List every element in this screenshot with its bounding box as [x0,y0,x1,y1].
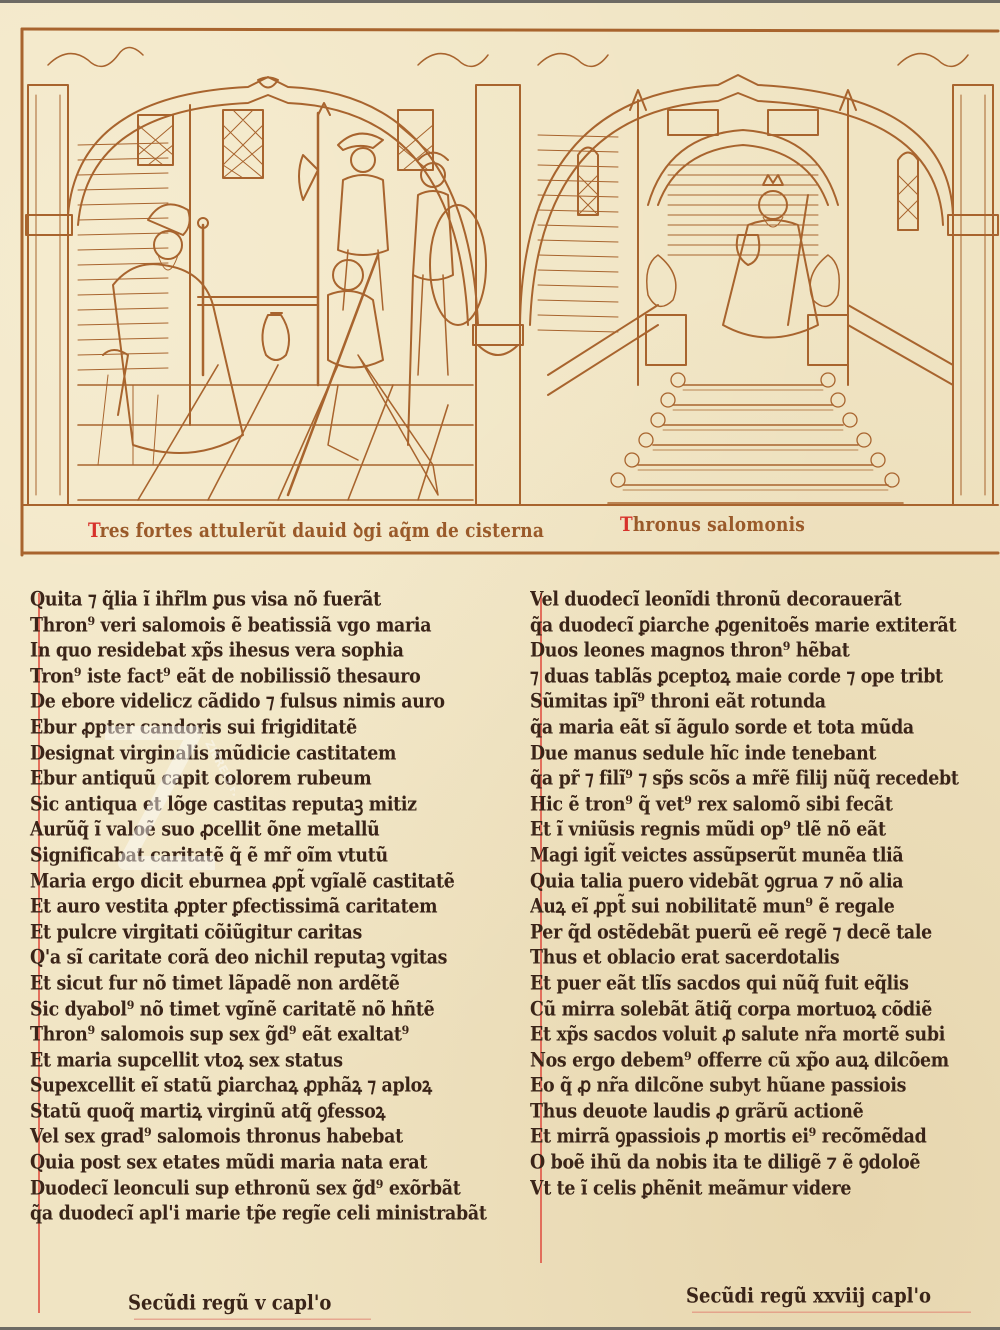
text-line: Quia talia puero videbãt ꝯgrua ⁊ nõ alia [530,868,1000,897]
text-line: Eo q̃ ꝓ nr̃a dilcõne subyt hũane passioi… [530,1073,1000,1102]
text-line: Ebur antiquũ capit colorem rubeum [30,766,510,795]
text-line: Et mirrã ꝯpassiois ꝓ mortis ei⁹ recõmẽda… [530,1124,1000,1153]
left-panel-art [26,48,523,506]
chapter-reference-text: Secũdi regũ xxviij capl'o [686,1285,931,1309]
text-line: De ebore videlicz cãdido ⁊ fulsus nimis … [30,689,510,718]
text-line: O boẽ ihũ da nobis ita te diligẽ ⁊ ẽ ꝯdo… [530,1150,1000,1179]
text-column-left: Quita ⁊ q̃lia ĩ ihr̃lm ꝑus visa nõ fuerã… [30,588,510,1228]
rubricated-initial: T [620,514,633,537]
text-line: Et ĩ vniũsis regnis mũdi op⁹ tlẽ nõ eãt [530,817,1000,846]
text-line: Q'a sĩ caritate corã deo nichil reputaꝫ … [30,945,510,974]
text-column-right: Vel duodecĩ leonĩdi thronũ decorauerãt q… [530,588,1000,1202]
text-line: Supexcellit eĩ statũ ꝑiarchaꝝ ꝓphãꝝ ⁊ ap… [30,1073,510,1102]
text-line: q̃a maria eãt sĩ ãgulo sorde et tota mũd… [530,714,1000,743]
manuscript-page: Tres fortes attulerũt dauid ꝺgi aq̃m de … [0,0,1000,1330]
text-line: Maria ergo dicit eburnea ꝓpt̃ vgĩalẽ cas… [30,868,510,897]
caption-text: res fortes attulerũt dauid ꝺgi aq̃m de c… [100,520,544,543]
text-line: Quita ⁊ q̃lia ĩ ihr̃lm ꝑus visa nõ fuerã… [30,586,510,615]
text-line: Thron⁹ salomois sup sex g̃d⁹ eãt exaltat… [30,1022,510,1051]
text-line: Vel duodecĩ leonĩdi thronũ decorauerãt [530,588,1000,615]
text-line: Sũmitas ipĩ⁹ throni eãt rotunda [530,689,1000,718]
text-line: Magi igit̃ veictes assũpserũt munẽa tliã [530,842,1000,871]
text-line: Thus et oblacio erat sacerdotalis [530,945,1000,974]
text-line: Cũ mirra solebãt ãtiq̃ corpa mortuoꝝ cõd… [530,996,1000,1025]
rubricated-initial: T [88,520,100,543]
text-line: Aurũq̃ ĩ valoẽ suo ꝓcellit õne metallũ [30,817,510,846]
text-line: Vel sex grad⁹ salomois thronus habebat [30,1124,510,1153]
text-line: q̃a pr̃ ⁊ filĩ⁹ ⁊ sp̃s scõs a mr̃ẽ filij… [530,766,1000,795]
rubric-underline [692,1311,971,1313]
text-line: Significabat caritatẽ q̃ ẽ mr̃ oĩm vtutũ [30,842,510,871]
text-line: Et auro vestita ꝓpter ꝑfectissimã carita… [30,894,510,923]
text-line: Et sicut fur nõ timet lãpadẽ non ardẽtẽ [30,970,510,999]
text-line: Designat virginalis mũdicie castitatem [30,740,510,769]
text-line: Et puer eãt tlĩs sacdos qui nũq̃ fuit eq… [530,970,1000,999]
text-line: q̃a duodecĩ ꝑiarche ꝓgenitoẽs marie exti… [530,612,1000,641]
text-line: Duos leones magnos thron⁹ hẽbat [530,638,1000,667]
woodcut-illustration [18,25,1000,560]
right-panel-art [520,54,998,505]
illustration-caption-left: Tres fortes attulerũt dauid ꝺgi aq̃m de … [88,516,544,542]
text-line: Thron⁹ veri salomois ẽ beatissiã vgo mar… [30,612,510,641]
text-line: Ebur ꝓpter candoris sui frigiditatẽ [30,714,510,743]
text-line: Vt te ĩ celis ꝑhẽnit meãmur videre [530,1175,1000,1202]
text-line: Due manus sedule hĩc inde tenebant [530,740,1000,769]
chapter-reference-text: Secũdi regũ v capl'o [128,1292,331,1316]
text-line: Quia post sex etates mũdi maria nata era… [30,1150,510,1179]
text-line: In quo residebat xp̃s ihesus vera sophia [30,638,510,667]
chapter-reference-right: Secũdi regũ xxviij capl'o [686,1285,931,1309]
text-line: Et xp̃s sacdos voluit ꝓ salute nr̃a mort… [530,1022,1000,1051]
text-line: Auꝝ eĩ ꝓpt̃ sui nobilitatẽ mun⁹ ẽ regale [530,894,1000,923]
caption-text: hronus salomonis [633,514,805,537]
rubric-underline [134,1318,371,1320]
text-line: Sic dyabol⁹ nõ timet vgĩnẽ caritatẽ nõ h… [30,996,510,1025]
chapter-reference-left: Secũdi regũ v capl'o [128,1292,331,1316]
illustration-caption-right: Thronus salomonis [620,514,805,537]
text-line: q̃a duodecĩ apl'i marie tp̃e regĩe celi … [30,1201,510,1230]
